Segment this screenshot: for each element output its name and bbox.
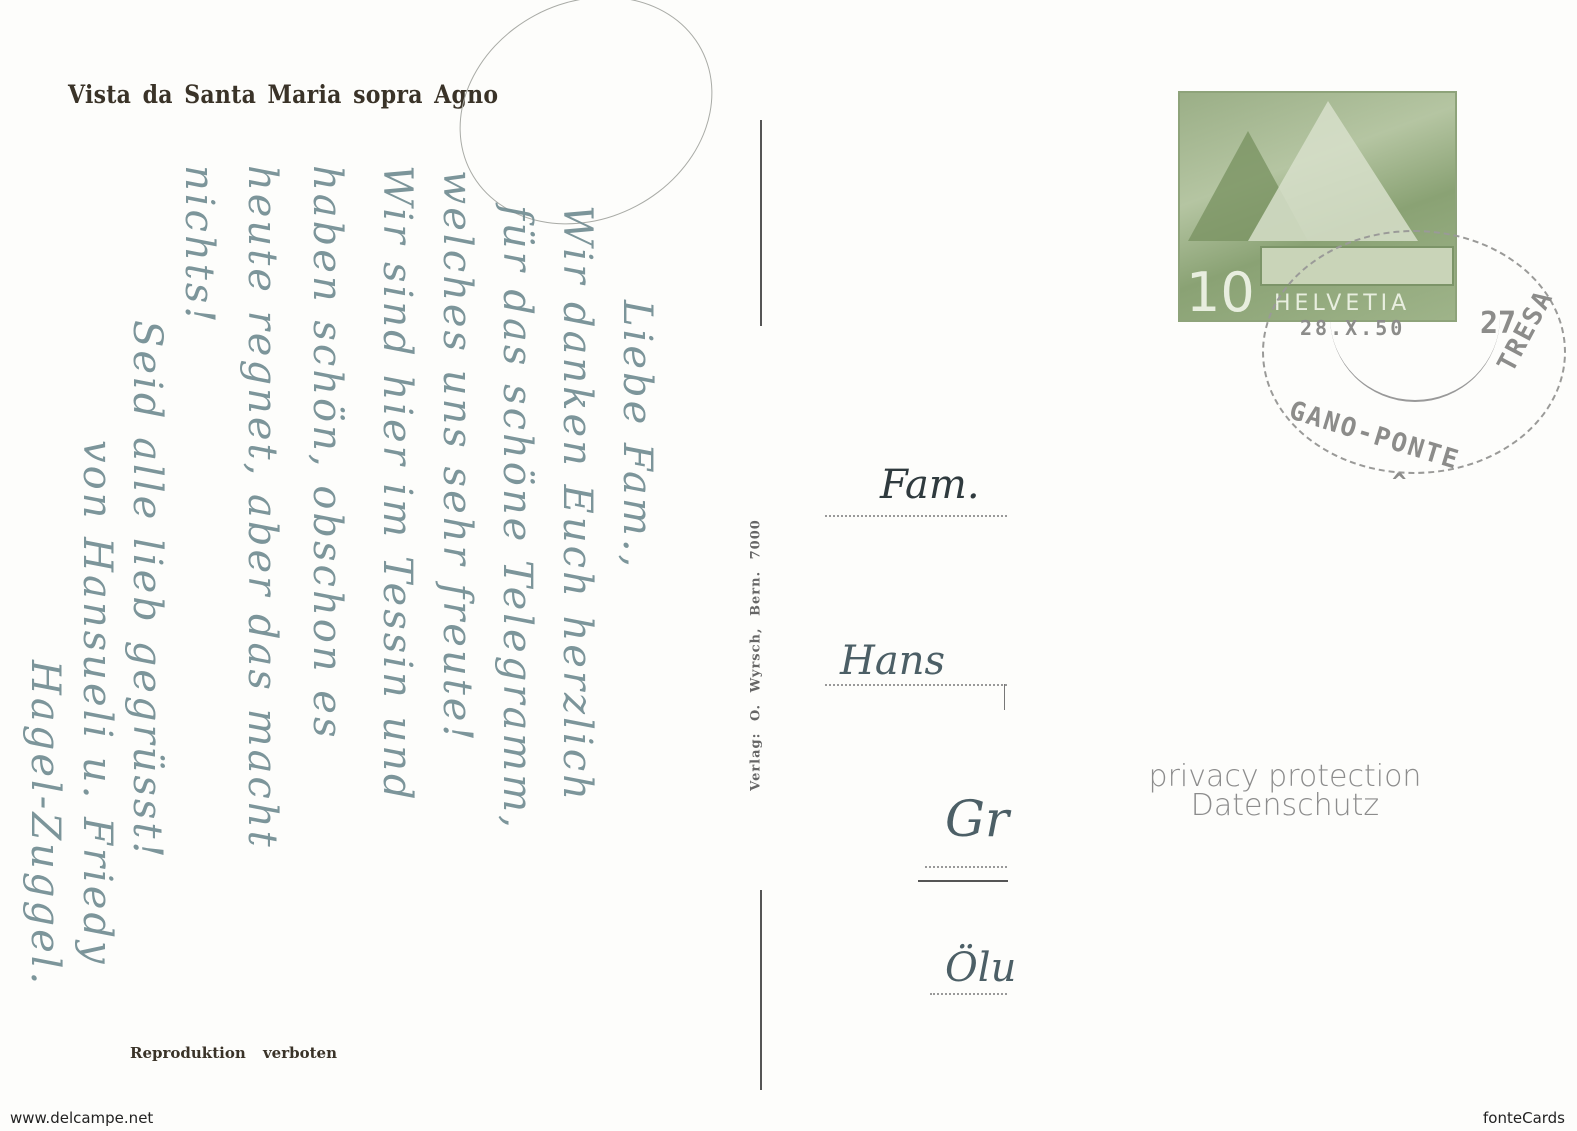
message-line: Hagel-Zuggel.: [22, 660, 68, 987]
publisher-imprint: Verlag: O. Wyrsch, Bern. 7000: [749, 519, 764, 791]
address-line: Fam.: [880, 462, 980, 508]
message-line: Wir sind hier im Tessin und: [374, 165, 420, 803]
address-dotted-line: [825, 684, 1007, 686]
address-dotted-line: [925, 866, 1007, 868]
message-line: für das schöne Telegramm,: [494, 205, 540, 831]
footer-source-left: www.delcampe.net: [10, 1109, 153, 1127]
address-line: Hans: [840, 638, 945, 684]
divider-line-bottom: [760, 890, 762, 1090]
privacy-watermark-line1: privacy protection: [1120, 762, 1450, 791]
postmark-date: 28.X.50: [1300, 316, 1405, 340]
privacy-watermark-line2: Datenschutz: [1120, 791, 1450, 820]
message-line: Seid alle lieb gegrüsst!: [124, 320, 170, 861]
message-line: nichts!: [176, 165, 222, 325]
postmark-arrow-icon: ^: [1392, 468, 1406, 496]
divider-line-top: [760, 120, 762, 326]
stamp-mountain-icon: [1248, 101, 1418, 241]
address-tick: [1004, 684, 1005, 710]
stamp-value: 10: [1186, 266, 1255, 320]
address-line: Ölu: [945, 945, 1016, 991]
address-dotted-line: [825, 515, 1007, 517]
address-dotted-line: [930, 993, 1007, 995]
message-line: welches uns sehr freute!: [434, 170, 480, 744]
message-line: heute regnet, aber das macht: [239, 165, 285, 850]
message-line: Wir danken Euch herzlich: [554, 205, 600, 803]
address-underline: [918, 880, 1008, 882]
message-line: von Hansueli u. Friedy: [74, 440, 120, 967]
privacy-watermark: privacy protection Datenschutz: [1120, 762, 1450, 820]
message-line: haben schön, obschon es: [304, 165, 350, 740]
message-line: Liebe Fam.,: [614, 300, 660, 570]
postcard-title: Vista da Santa Maria sopra Agno: [68, 80, 498, 109]
footer-source-right: fonteCards: [1483, 1109, 1565, 1127]
reproduction-notice: Reproduktion verboten: [130, 1044, 337, 1062]
address-line: Gr: [945, 790, 1009, 848]
